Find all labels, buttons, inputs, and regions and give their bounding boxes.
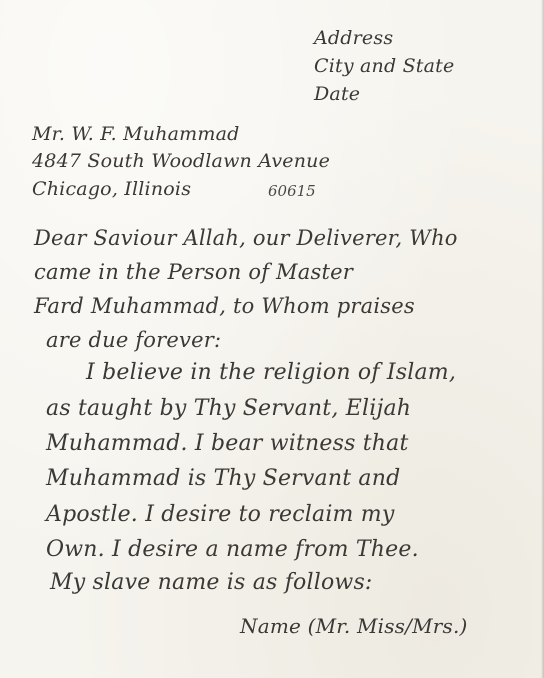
recipient-name: Mr. W. F. Muhammad [32, 123, 240, 145]
body-line: Muhammad. I bear witness that [46, 431, 409, 456]
recipient-street: 4847 South Woodlawn Avenue [32, 150, 330, 172]
body-line: as taught by Thy Servant, Elijah [46, 396, 411, 421]
salutation-line: Dear Saviour Allah, our Deliverer, Who [34, 226, 458, 250]
header-city-state: City and State [314, 55, 454, 77]
salutation-line: Fard Muhammad, to Whom praises [34, 294, 415, 318]
salutation-line: came in the Person of Master [34, 260, 353, 284]
body-line: I believe in the religion of Islam, [86, 360, 456, 385]
body-line: Muhammad is Thy Servant and [46, 466, 400, 491]
recipient-zip: 60615 [268, 182, 316, 200]
body-line: My slave name is as follows: [50, 570, 373, 595]
salutation-line: are due forever: [46, 328, 221, 352]
body-line: Own. I desire a name from Thee. [46, 537, 419, 562]
signature-name-line: Name (Mr. Miss/Mrs.) [240, 614, 468, 638]
body-line: Apostle. I desire to reclaim my [46, 502, 395, 527]
header-date: Date [314, 83, 360, 105]
recipient-city-state: Chicago, Illinois [32, 178, 191, 200]
header-address: Address [314, 27, 393, 49]
